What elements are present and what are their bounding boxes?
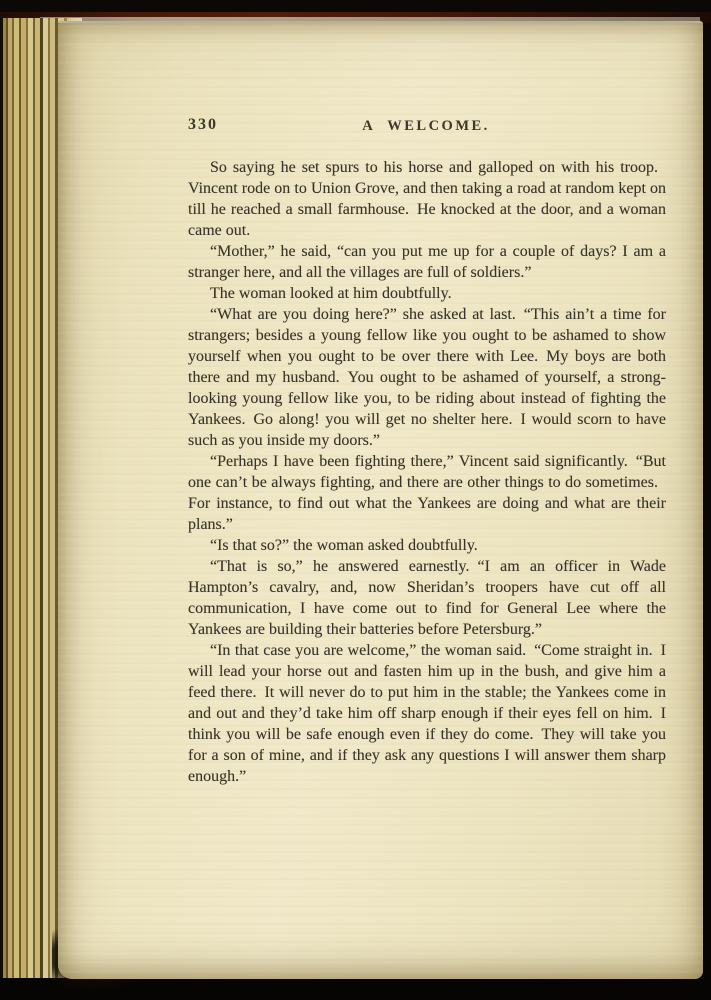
paragraph: “What are you doing here?” she asked at … xyxy=(188,304,666,451)
paragraph: The woman looked at him doubtfully. xyxy=(188,283,666,304)
running-header: A WELCOME. xyxy=(188,118,664,135)
paragraph: “That is so,” he answered earnestly. “I … xyxy=(188,556,666,640)
book-photo-scene: 330 A WELCOME. So saying he set spurs to… xyxy=(0,0,711,1000)
paragraph: So saying he set spurs to his horse and … xyxy=(188,157,666,241)
book-page: 330 A WELCOME. So saying he set spurs to… xyxy=(58,21,703,979)
paragraph: “Perhaps I have been fighting there,” Vi… xyxy=(188,451,666,535)
page-text-block: So saying he set spurs to his horse and … xyxy=(188,157,666,787)
paragraph: “Mother,” he said, “can you put me up fo… xyxy=(188,241,666,283)
paragraph: “Is that so?” the woman asked doubtfully… xyxy=(188,535,666,556)
paragraph: “In that case you are welcome,” the woma… xyxy=(188,640,666,787)
